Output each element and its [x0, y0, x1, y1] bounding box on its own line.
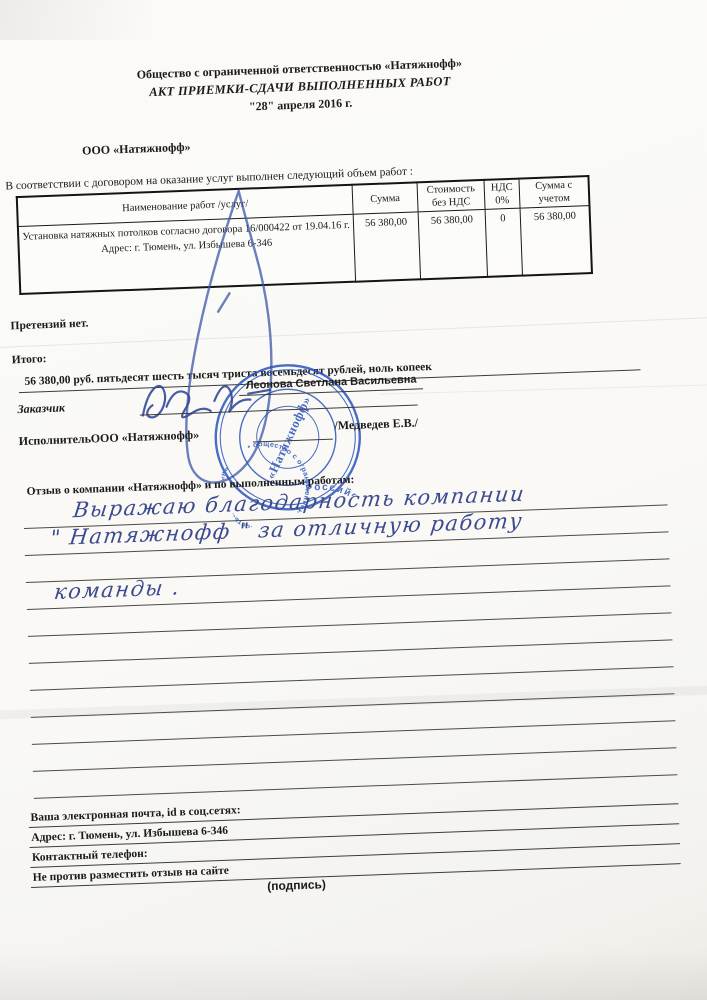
scanned-document-page: { "document": { "header": { "company_ful…	[0, 0, 707, 1000]
customer-signature-scribble	[135, 369, 277, 430]
flourish-tick	[217, 293, 230, 311]
claims-text: Претензий нет.	[10, 318, 88, 333]
customer-label: Заказчик	[17, 400, 65, 417]
ruled-line	[28, 612, 672, 637]
ruled-line	[30, 666, 674, 691]
col-header-total: Сумма с учетом	[519, 176, 590, 208]
col-header-cost: Стоимость без НДС	[417, 180, 485, 212]
act-document: Общество с ограниченной ответственностью…	[0, 10, 704, 984]
contractor-signer: /Медведев Е.В./	[334, 416, 418, 434]
cell-total: 56 380,00	[520, 206, 592, 276]
phone-label: Контактный телефон:	[32, 848, 148, 864]
ruled-line	[29, 639, 673, 664]
company-short-name: ООО «Натяжнофф»	[82, 140, 191, 159]
ruled-line	[34, 774, 678, 799]
contractor-label: Исполнитель	[18, 431, 91, 449]
ruled-line	[31, 693, 675, 718]
handwritten-review-line-3: команды .	[53, 575, 182, 604]
total-label: Итого:	[12, 353, 47, 366]
cell-cost: 56 380,00	[418, 209, 487, 279]
ruled-line	[33, 747, 677, 772]
signature-caption: (подпись)	[267, 877, 326, 893]
ruled-line	[32, 720, 676, 745]
cell-vat: 0	[485, 208, 522, 277]
document-header: Общество с ограниченной ответственностью…	[0, 49, 601, 125]
col-header-vat: НДС 0%	[484, 179, 520, 210]
